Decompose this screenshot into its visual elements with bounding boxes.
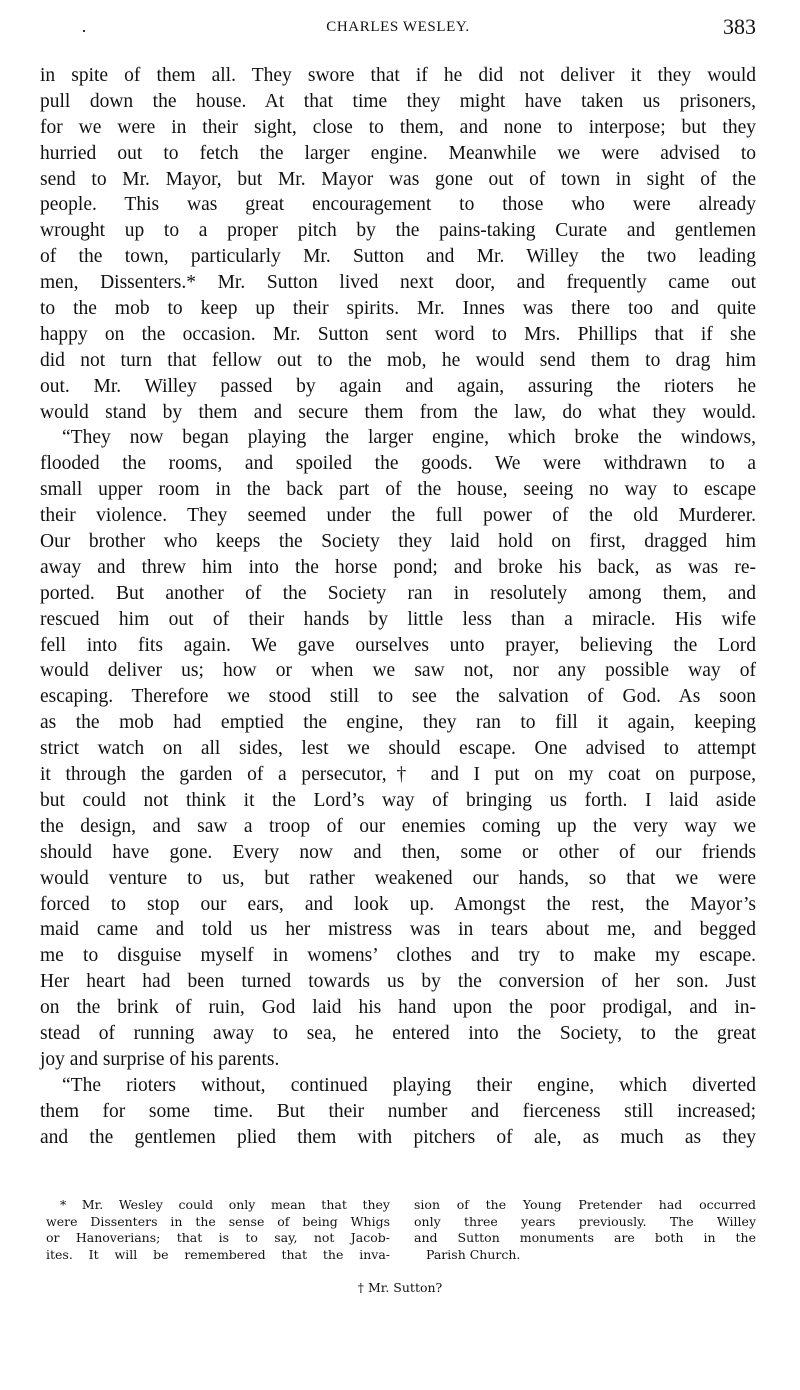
text-line: forced to stop our ears, and look up. Am… (40, 892, 756, 918)
text-line: Our brother who keeps the Society they l… (40, 529, 756, 555)
footnote-line: and Sutton monuments are both in the (414, 1230, 756, 1247)
text-line: them for some time. But their number and… (40, 1099, 756, 1125)
text-line: of the town, particularly Mr. Sutton and… (40, 244, 756, 270)
text-line: small upper room in the back part of the… (40, 477, 756, 503)
footnote-right-column: sion of the Young Pretender had occurred… (414, 1197, 756, 1263)
text-line: people. This was great encouragement to … (40, 192, 756, 218)
text-line: Her heart had been turned towards us by … (40, 969, 756, 995)
footnote-line: * Mr. Wesley could only mean that they (46, 1197, 390, 1214)
text-line: would stand by them and secure them from… (40, 400, 756, 426)
text-line: would deliver us; how or when we saw not… (40, 658, 756, 684)
footnote-left-column: * Mr. Wesley could only mean that they w… (46, 1197, 390, 1263)
text-line: “The rioters without, continued playing … (40, 1073, 756, 1099)
text-line: escaping. Therefore we stood still to se… (40, 684, 756, 710)
text-line: hurried out to fetch the larger engine. … (40, 141, 756, 167)
text-line: as the mob had emptied the engine, they … (40, 710, 756, 736)
paragraph: “The rioters without, continued playing … (40, 1073, 756, 1151)
text-line: but could not think it the Lord’s way of… (40, 788, 756, 814)
text-line: maid came and told us her mistress was i… (40, 917, 756, 943)
running-head: CHARLES WESLEY. (40, 19, 756, 36)
footnote-line: only three years previously. The Willey (414, 1214, 756, 1231)
text-line: for we were in their sight, close to the… (40, 115, 756, 141)
body-text: in spite of them all. They swore that if… (40, 63, 756, 1150)
text-line: send to Mr. Mayor, but Mr. Mayor was gon… (40, 167, 756, 193)
text-line: flooded the rooms, and spoiled the goods… (40, 451, 756, 477)
text-line: happy on the occasion. Mr. Sutton sent w… (40, 322, 756, 348)
text-line: it through the garden of a persecutor,† … (40, 762, 756, 788)
text-line: to the mob to keep up their spirits. Mr.… (40, 296, 756, 322)
text-line: fell into fits again. We gave ourselves … (40, 633, 756, 659)
text-line: pull down the house. At that time they m… (40, 89, 756, 115)
text-line: strict watch on all sides, lest we shoul… (40, 736, 756, 762)
footnote-line: ites. It will be remembered that the inv… (46, 1247, 390, 1264)
text-line: ported. But another of the Society ran i… (40, 581, 756, 607)
footnote-dagger: † Mr. Sutton? (0, 1280, 800, 1295)
footnotes: * Mr. Wesley could only mean that they w… (46, 1197, 756, 1263)
text-line: men, Dissenters.* Mr. Sutton lived next … (40, 270, 756, 296)
text-line: me to disguise myself in womens’ clothes… (40, 943, 756, 969)
text-line: stead of running away to sea, he entered… (40, 1021, 756, 1047)
text-line: on the brink of ruin, God laid his hand … (40, 995, 756, 1021)
text-line: away and threw him into the horse pond; … (40, 555, 756, 581)
page-header: CHARLES WESLEY. 383 (40, 14, 756, 44)
paragraph: in spite of them all. They swore that if… (40, 63, 756, 425)
paragraph: “They now began playing the larger engin… (40, 425, 756, 1072)
text-line: would venture to us, but rather weakened… (40, 866, 756, 892)
text-line: their violence. They seemed under the fu… (40, 503, 756, 529)
footnote-line: sion of the Young Pretender had occurred (414, 1197, 756, 1214)
text-line: out. Mr. Willey passed by again and agai… (40, 374, 756, 400)
text-line: in spite of them all. They swore that if… (40, 63, 756, 89)
text-line: did not turn that fellow out to the mob,… (40, 348, 756, 374)
footnote-line: were Dissenters in the sense of being Wh… (46, 1214, 390, 1231)
footnote-line: Parish Church. (414, 1247, 756, 1264)
footnote-line: or Hanoverians; that is to say, not Jaco… (46, 1230, 390, 1247)
text-line: the design, and saw a troop of our enemi… (40, 814, 756, 840)
text-line: wrought up to a proper pitch by the pain… (40, 218, 756, 244)
text-line: “They now began playing the larger engin… (40, 425, 756, 451)
text-line: and the gentlemen plied them with pitche… (40, 1125, 756, 1151)
text-line: joy and surprise of his parents. (40, 1047, 756, 1073)
text-line: rescued him out of their hands by little… (40, 607, 756, 633)
footnote-star: * Mr. Wesley could only mean that they w… (46, 1197, 756, 1263)
text-line: should have gone. Every now and then, so… (40, 840, 756, 866)
page-number: 383 (723, 14, 756, 40)
print-speck (83, 30, 85, 32)
